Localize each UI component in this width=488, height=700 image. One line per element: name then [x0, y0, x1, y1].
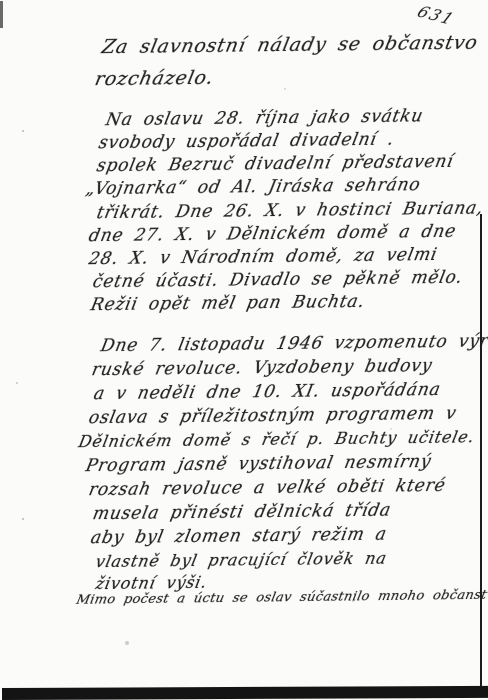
- manuscript-line: Režii opět měl pan Buchta.: [89, 292, 367, 315]
- scan-corner-mark: [0, 1, 3, 28]
- manuscript-line: četné účasti. Divadlo se pěkně mělo.: [91, 267, 465, 292]
- manuscript-line: rozsah revoluce a velké oběti které: [87, 476, 447, 500]
- manuscript-line: svobody uspořádal divadelní .: [97, 129, 396, 153]
- manuscript-line: vlastně byl pracující člověk na: [94, 548, 389, 571]
- manuscript-line: oslava s příležitostným programem v: [87, 404, 458, 428]
- scanned-manuscript-page: 631 Za slavnostní nálady se občanstvo ro…: [0, 0, 488, 700]
- manuscript-line: dne 27. X. v Dělnickém domě a dne: [87, 222, 458, 246]
- manuscript-line: 28. X. v Národním domě, za velmi: [87, 245, 439, 269]
- manuscript-line: aby byl zlomen starý režim a: [89, 524, 389, 548]
- scan-edge-bottom: [2, 686, 488, 700]
- manuscript-line: „Vojnarka“ od Al. Jiráska sehráno: [84, 175, 422, 199]
- manuscript-line: Za slavnostní nálady se občanstvo: [100, 31, 480, 58]
- scan-edge-right: [480, 214, 482, 690]
- manuscript-line: spolek Bezruč divadelní představení: [95, 152, 455, 176]
- manuscript-line: musela přinésti dělnická třída: [91, 500, 393, 524]
- manuscript-line: a v neděli dne 10. XI. uspořádána: [92, 380, 443, 404]
- manuscript-line: třikrát. Dne 26. X. v hostinci Buriana,: [95, 198, 485, 223]
- page-number: 631: [414, 2, 459, 28]
- manuscript-line: životní výši.: [94, 573, 209, 593]
- manuscript-line: Dne 7. listopadu 1946 vzpomenuto výročí: [99, 331, 488, 356]
- manuscript-line: ruské revoluce. Vyzdobeny budovy: [90, 356, 434, 380]
- manuscript-line: rozcházelo.: [93, 67, 216, 90]
- manuscript-line: Na oslavu 28. října jako svátku: [104, 106, 425, 130]
- manuscript-line: Dělnickém domě s řečí p. Buchty učitele.: [77, 427, 476, 451]
- scan-speckles: [22, 130, 24, 132]
- manuscript-line: Program jasně vystihoval nesmírný: [84, 452, 433, 476]
